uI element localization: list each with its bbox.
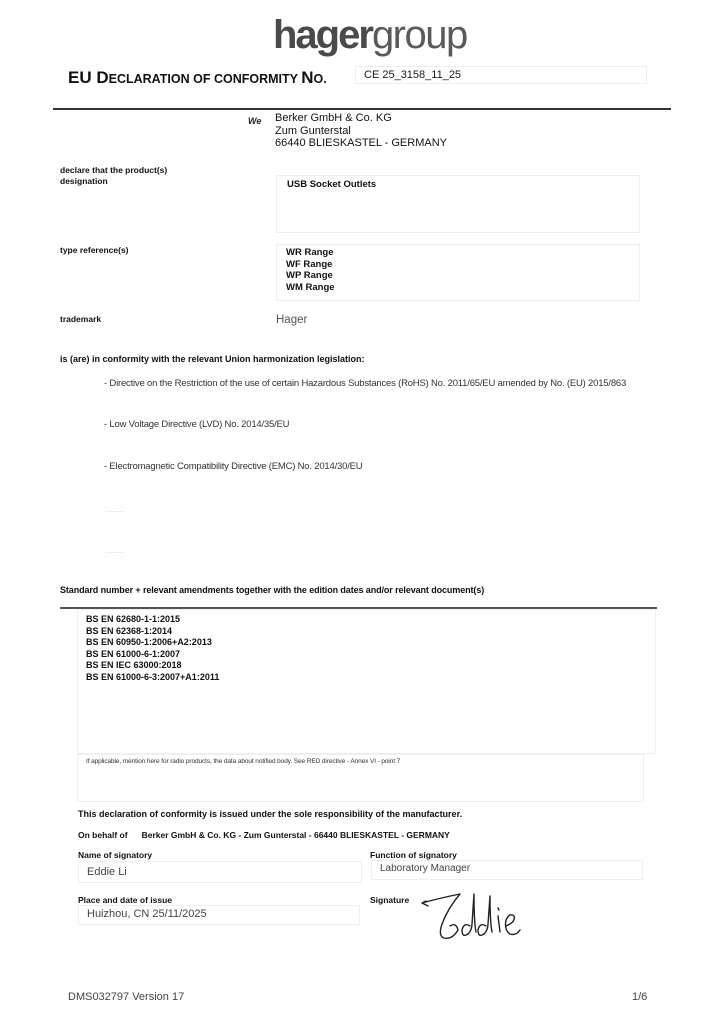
type-reference-list: WR Range WF Range WP Range WM Range	[277, 245, 639, 293]
standard-item: BS EN 61000-6-1:2007	[86, 649, 219, 661]
name-of-signatory-field[interactable]: Eddie Li	[78, 861, 362, 883]
signature-label: Signature	[370, 895, 409, 905]
address-line: 66440 BLIESKASTEL - GERMANY	[275, 137, 447, 150]
title-eclaration: ECLARATION	[109, 72, 190, 86]
place-date-field[interactable]: Huizhou, CN 25/11/2025	[78, 905, 360, 925]
standard-item: BS EN IEC 63000:2018	[86, 660, 219, 672]
type-reference-item: WF Range	[286, 259, 639, 271]
declare-label: declare that the product(s) designation	[60, 165, 167, 187]
header-divider	[53, 108, 671, 110]
address-line: Berker GmbH & Co. KG	[275, 112, 447, 125]
on-behalf-value: Berker GmbH & Co. KG - Zum Gunterstal - …	[142, 830, 450, 840]
handwritten-signature	[420, 886, 535, 946]
standard-item: BS EN 62680-1-1:2015	[86, 614, 219, 626]
standards-list: BS EN 62680-1-1:2015 BS EN 62368-1:2014 …	[86, 614, 219, 683]
type-reference-label: type reference(s)	[60, 245, 129, 256]
directive-lvd: - Low Voltage Directive (LVD) No. 2014/3…	[104, 419, 289, 430]
manufacturer-address: Berker GmbH & Co. KG Zum Gunterstal 6644…	[275, 112, 447, 150]
responsibility-statement: This declaration of conformity is issued…	[78, 809, 462, 819]
title-of-conformity: OF CONFORMITY	[190, 72, 302, 86]
standard-item: BS EN 62368-1:2014	[86, 626, 219, 638]
logo-bold-text: hager	[273, 13, 372, 57]
red-note: If applicable, mention here for radio pr…	[86, 758, 400, 765]
title-o: O.	[314, 72, 327, 86]
directive-placeholder: ......	[106, 546, 125, 555]
address-line: Zum Gunterstal	[275, 125, 447, 138]
name-of-signatory-label: Name of signatory	[78, 850, 152, 860]
legislation-heading: is (are) in conformity with the relevant…	[60, 354, 365, 364]
directive-rohs: - Directive on the Restriction of the us…	[104, 378, 626, 389]
directive-emc: - Electromagnetic Compatibility Directiv…	[104, 461, 362, 472]
designation-value: USB Socket Outlets	[277, 176, 639, 191]
place-date-label: Place and date of issue	[78, 895, 172, 905]
document-version: DMS032797 Version 17	[68, 991, 184, 1003]
we-label: We	[248, 116, 261, 126]
standards-heading: Standard number + relevant amendments to…	[60, 585, 484, 595]
type-reference-item: WR Range	[286, 247, 639, 259]
declare-label-line: declare that the product(s)	[60, 165, 167, 176]
on-behalf-line: On behalf ofBerker GmbH & Co. KG - Zum G…	[78, 830, 450, 840]
title-d: D	[96, 68, 108, 87]
on-behalf-label: On behalf of	[78, 830, 128, 840]
document-title: EU DECLARATION OF CONFORMITY NO.	[68, 68, 327, 89]
standard-item: BS EN 60950-1:2006+A2:2013	[86, 637, 219, 649]
function-of-signatory-label: Function of signatory	[370, 850, 457, 860]
hagergroup-logo: hagergroup	[273, 12, 467, 58]
type-reference-item: WP Range	[286, 270, 639, 282]
title-eu: EU	[68, 68, 96, 87]
title-n: N	[301, 68, 313, 87]
trademark-value: Hager	[276, 314, 307, 326]
directive-placeholder: ......	[106, 505, 125, 514]
standard-item: BS EN 61000-6-3:2007+A1:2011	[86, 672, 219, 684]
designation-field[interactable]: USB Socket Outlets	[276, 175, 640, 233]
page-number: 1/6	[632, 991, 647, 1003]
trademark-label: trademark	[60, 314, 101, 325]
logo-light-text: group	[372, 13, 467, 57]
designation-label: designation	[60, 176, 167, 187]
function-of-signatory-field[interactable]: Laboratory Manager	[371, 860, 643, 880]
declaration-number-field[interactable]: CE 25_3158_11_25	[355, 66, 647, 84]
type-reference-item: WM Range	[286, 282, 639, 294]
type-reference-field[interactable]: WR Range WF Range WP Range WM Range	[276, 244, 640, 301]
